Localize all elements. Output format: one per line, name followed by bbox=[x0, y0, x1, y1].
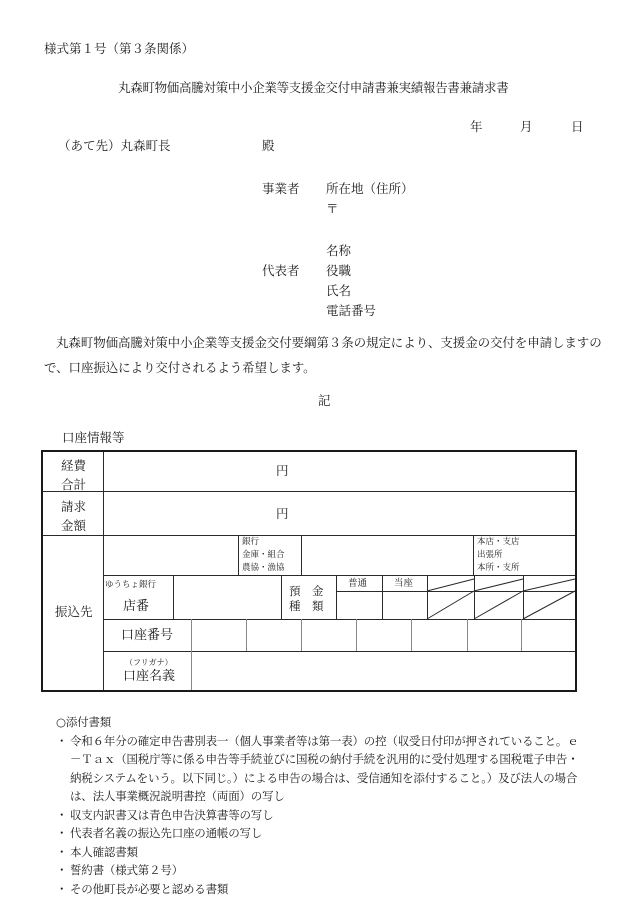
business-name-label: 名称 bbox=[326, 245, 351, 258]
claim-amount-unit: 円 bbox=[276, 508, 289, 521]
branch-name-field[interactable] bbox=[302, 536, 472, 575]
transfer-destination-label: 振込先 bbox=[55, 606, 93, 619]
date-year-label: 年 bbox=[470, 121, 483, 134]
branch-type-option[interactable]: 本店・支店 bbox=[477, 536, 520, 549]
business-label: 事業者 bbox=[262, 183, 300, 196]
account-holder-field[interactable] bbox=[192, 652, 575, 690]
account-number-label: 口座番号 bbox=[121, 629, 173, 642]
branch-number-field[interactable] bbox=[174, 576, 280, 619]
account-digit-5[interactable] bbox=[412, 620, 467, 651]
attachment-item: 令和６年分の確定申告書別表一（個人事業者等は第一表）の控（収受日付印が押されてい… bbox=[58, 732, 590, 806]
current-checkbox[interactable] bbox=[383, 592, 427, 619]
expense-total-field[interactable]: 円 bbox=[105, 452, 575, 491]
attachment-item: その他町長が必要と認める書類 bbox=[58, 880, 590, 899]
account-digit-6[interactable] bbox=[468, 620, 521, 651]
representative-label: 代表者 bbox=[262, 265, 300, 278]
claim-amount-label: 請求 金額 bbox=[61, 497, 86, 535]
bank-name-field[interactable] bbox=[104, 536, 237, 575]
honorific: 殿 bbox=[262, 140, 275, 153]
bank-type-option[interactable]: 金庫・組合 bbox=[242, 549, 285, 562]
account-section-heading: 口座情報等 bbox=[62, 432, 125, 445]
bank-type-option[interactable]: 農協・漁協 bbox=[242, 562, 285, 575]
addressee: （あて先）丸森町長 bbox=[58, 140, 171, 153]
branch-type-divider bbox=[473, 535, 474, 575]
attachment-item: 本人確認書類 bbox=[58, 843, 590, 862]
bank-type-options: 銀行 金庫・組合 農協・漁協 bbox=[242, 536, 285, 575]
expense-total-label: 経費 合計 bbox=[61, 456, 86, 494]
ki-marker: 記 bbox=[318, 395, 331, 408]
bank-type-option[interactable]: 銀行 bbox=[242, 536, 285, 549]
branch-type-option[interactable]: 本所・支所 bbox=[477, 562, 520, 575]
account-digit-3[interactable] bbox=[302, 620, 356, 651]
document-title: 丸森町物価高騰対策中小企業等支援金交付申請書兼実績報告書兼請求書 bbox=[118, 82, 508, 95]
deposit-type-divider bbox=[281, 575, 282, 619]
attachment-item: 誓約書（様式第２号） bbox=[58, 861, 590, 880]
ordinary-checkbox[interactable] bbox=[337, 592, 382, 619]
attachment-item: 代表者名義の振込先口座の通帳の写し bbox=[58, 824, 590, 843]
branch-type-option[interactable]: 出張所 bbox=[477, 549, 520, 562]
bank-type-divider bbox=[238, 535, 239, 575]
deposit-type-current[interactable]: 当座 bbox=[394, 579, 413, 589]
person-name-label: 氏名 bbox=[326, 285, 351, 298]
account-digit-2[interactable] bbox=[247, 620, 301, 651]
application-statement: 丸森町物価高騰対策中小企業等支援金交付要綱第３条の規定により、支援金の交付を申請… bbox=[44, 330, 604, 380]
yucho-bank-label: ゆうちょ銀行 bbox=[105, 581, 156, 590]
attachment-item: 収支内訳書又は青色申告決算書等の写し bbox=[58, 806, 590, 825]
account-holder-label: 口座名義 bbox=[123, 670, 175, 683]
deposit-type-ordinary[interactable]: 普通 bbox=[348, 579, 367, 589]
address-label: 所在地（住所） bbox=[326, 183, 414, 196]
unused-cell-diagonals bbox=[427, 575, 575, 619]
date-day-label: 日 bbox=[571, 121, 584, 134]
branch-number-label: 店番 bbox=[123, 600, 149, 613]
deposit-type-label-1: 預 金 bbox=[289, 586, 324, 598]
attachments-section: ○添付書類 令和６年分の確定申告書別表一（個人事業者等は第一表）の控（収受日付印… bbox=[58, 713, 590, 898]
position-label: 役職 bbox=[326, 265, 351, 278]
account-digit-1[interactable] bbox=[192, 620, 246, 651]
expense-total-unit: 円 bbox=[276, 465, 289, 478]
account-digit-7[interactable] bbox=[522, 620, 575, 651]
attachments-heading: ○添付書類 bbox=[56, 713, 590, 732]
furigana-label: （フリガナ） bbox=[125, 659, 173, 667]
date-month-label: 月 bbox=[520, 121, 533, 134]
form-number: 様式第１号（第３条関係） bbox=[44, 43, 194, 56]
claim-amount-field[interactable]: 円 bbox=[105, 492, 575, 535]
branch-type-options: 本店・支店 出張所 本所・支所 bbox=[477, 536, 520, 575]
phone-label: 電話番号 bbox=[326, 305, 376, 318]
postal-mark: 〒 bbox=[326, 203, 339, 216]
deposit-type-label-2: 種 類 bbox=[289, 601, 324, 613]
account-digit-4[interactable] bbox=[357, 620, 411, 651]
account-info-table: 経費 合計 円 請求 金額 円 振込先 銀行 金庫・組合 農協・漁協 本店・支店… bbox=[41, 450, 577, 692]
